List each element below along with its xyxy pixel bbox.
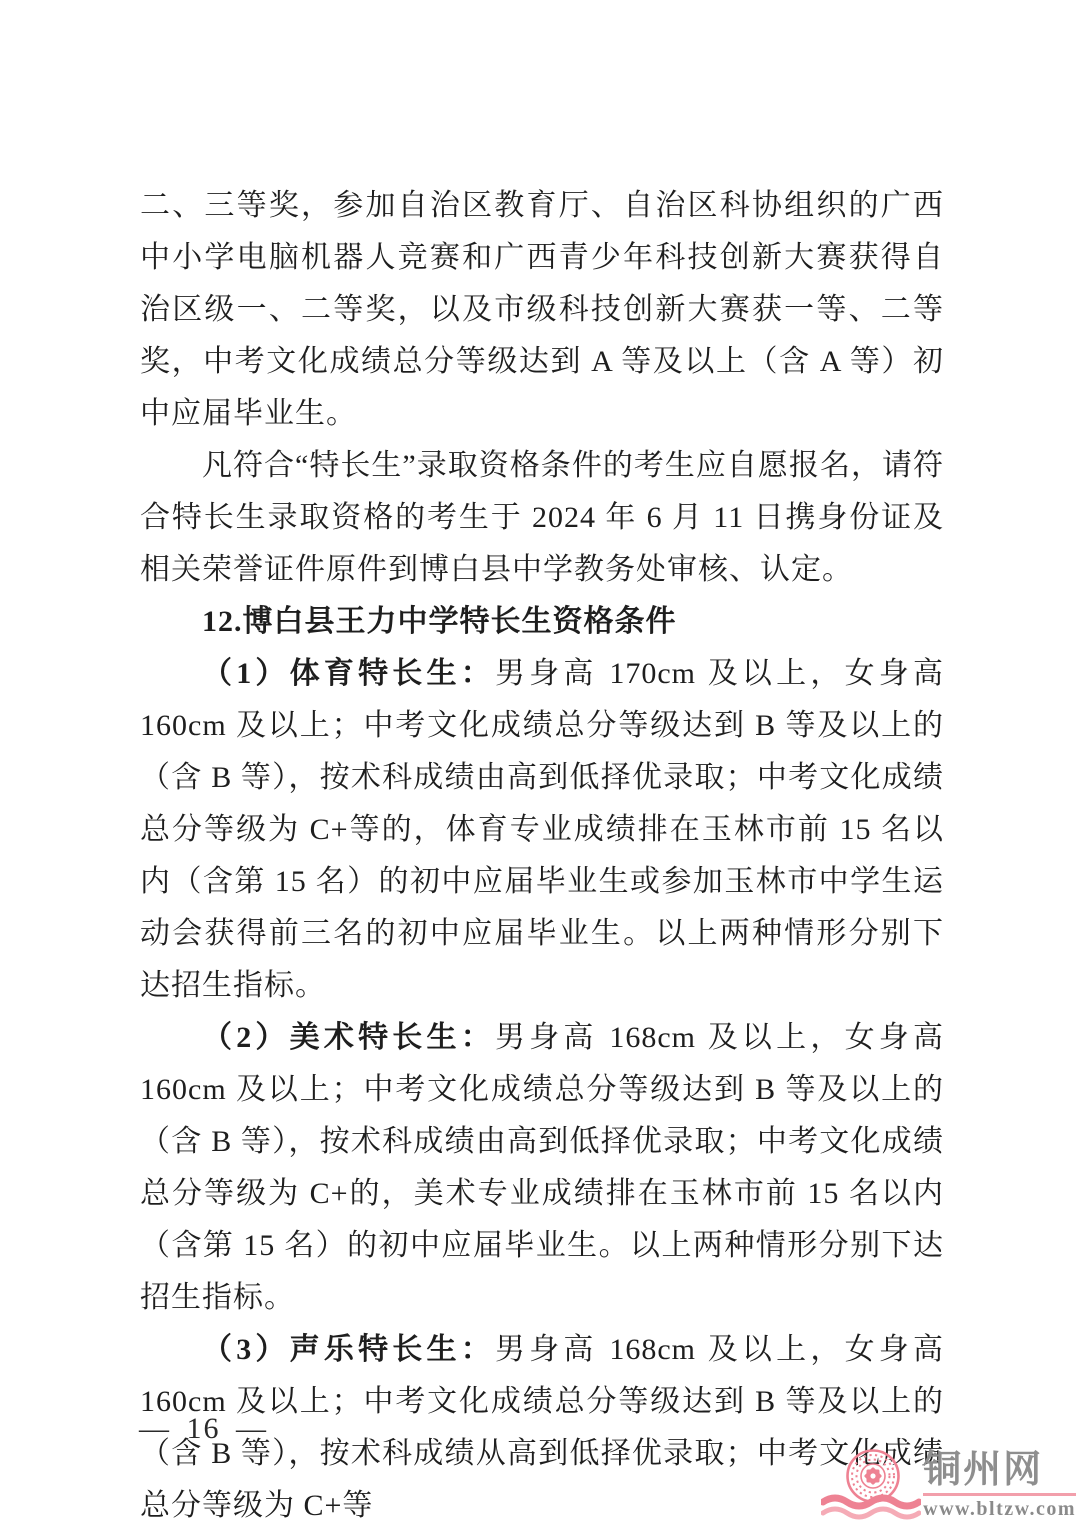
tongzhou-logo-icon — [821, 1448, 921, 1522]
watermark-text-block: 铜州网 www.bltzw.com — [923, 1449, 1076, 1522]
paragraph-registration-notice: 凡符合“特长生”录取资格条件的考生应自愿报名，请符合特长生录取资格的考生于 20… — [140, 440, 944, 596]
page-number: — 16 — — [139, 1412, 268, 1446]
item-art-talent: （2）美术特长生：男身高 168cm 及以上，女身高 160cm 及以上；中考文… — [140, 1012, 944, 1324]
item-sports-body: 男身高 170cm 及以上，女身高 160cm 及以上；中考文化成绩总分等级达到… — [140, 657, 944, 1002]
paragraph-continuation: 二、三等奖，参加自治区教育厅、自治区科协组织的广西中小学电脑机器人竞赛和广西青少… — [140, 180, 944, 440]
site-watermark: 铜州网 www.bltzw.com — [821, 1448, 1076, 1522]
item-sports-talent: （1）体育特长生：男身高 170cm 及以上，女身高 160cm 及以上；中考文… — [140, 648, 944, 1012]
watermark-site-name: 铜州网 — [923, 1449, 1076, 1491]
item-art-label: （2）美术特长生： — [202, 1021, 495, 1054]
item-sports-label: （1）体育特长生： — [202, 657, 495, 690]
watermark-divider — [923, 1493, 1076, 1496]
item-art-body: 男身高 168cm 及以上，女身高 160cm 及以上；中考文化成绩总分等级达到… — [140, 1021, 944, 1314]
item-vocal-label: （3）声乐特长生： — [202, 1333, 495, 1366]
watermark-site-url: www.bltzw.com — [923, 1498, 1076, 1520]
section-heading-12: 12.博白县王力中学特长生资格条件 — [140, 596, 944, 648]
document-page: 二、三等奖，参加自治区教育厅、自治区科协组织的广西中小学电脑机器人竞赛和广西青少… — [0, 0, 1080, 1526]
document-body: 二、三等奖，参加自治区教育厅、自治区科协组织的广西中小学电脑机器人竞赛和广西青少… — [140, 180, 944, 1526]
